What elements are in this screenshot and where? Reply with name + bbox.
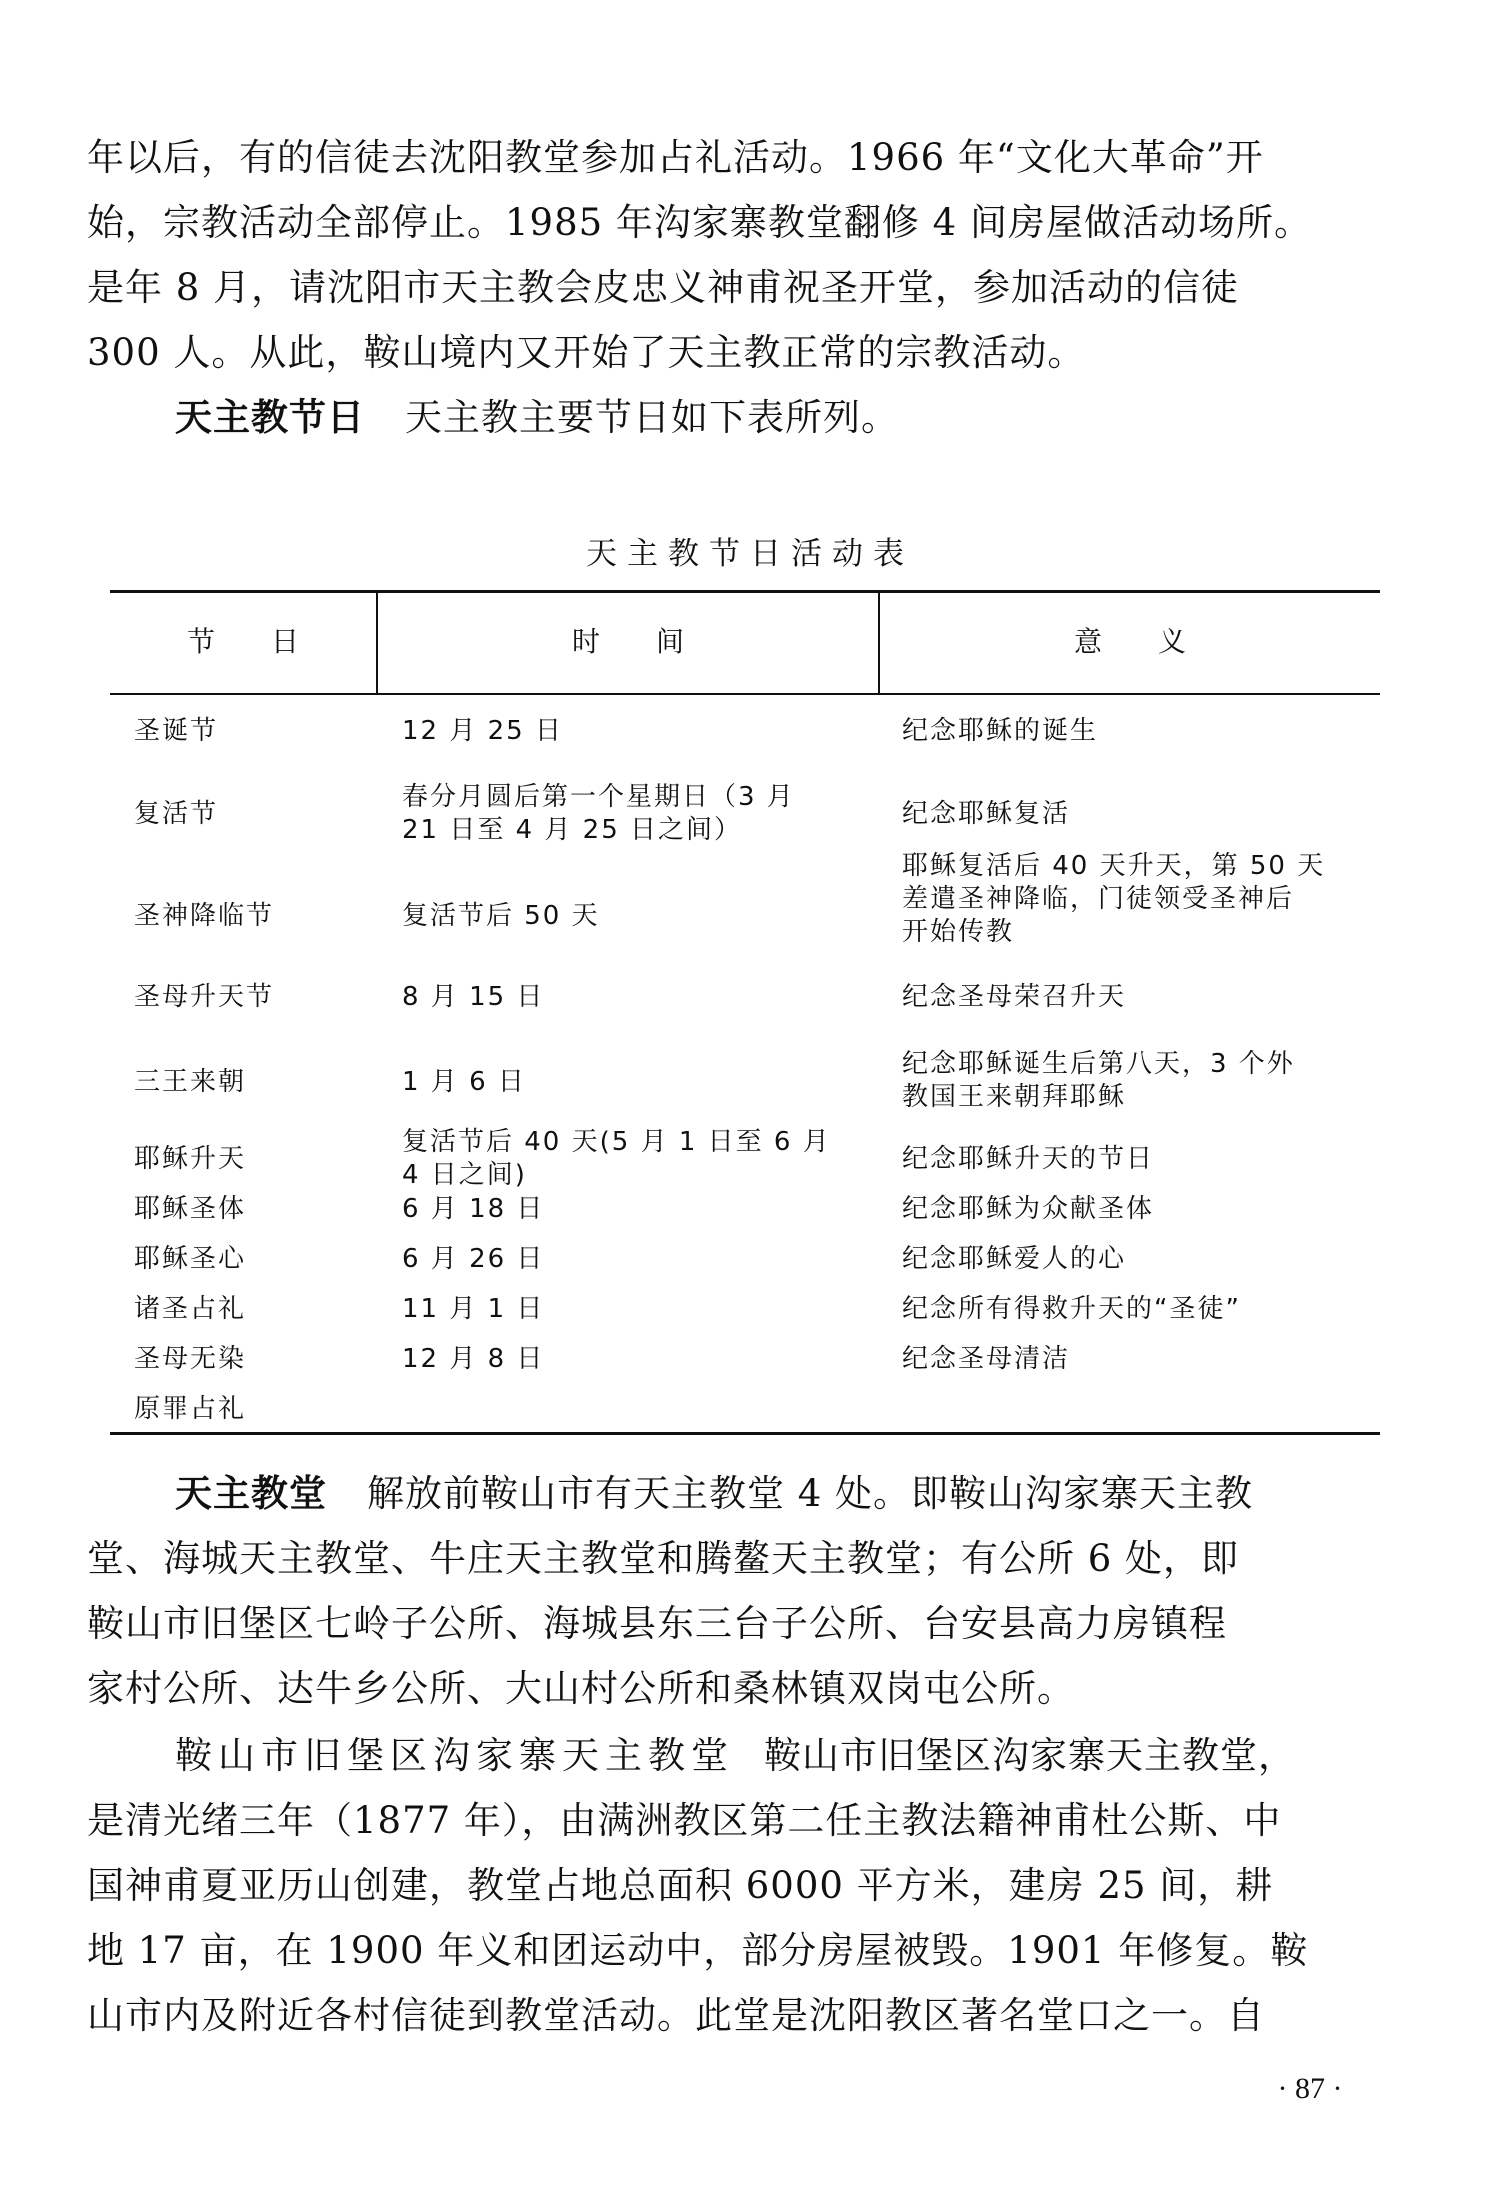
- table-cell-festival: 圣神降临节: [134, 900, 364, 933]
- table-cell-festival: 耶稣升天: [134, 1143, 364, 1176]
- table-cell-meaning: 纪念耶稣爱人的心: [902, 1243, 1372, 1276]
- text-line: 堂、海城天主教堂、牛庄天主教堂和腾鳌天主教堂；有公所 6 处，即: [87, 1526, 1402, 1591]
- text-line: 是清光绪三年（1877 年），由满洲教区第二任主教法籍神甫杜公斯、中: [87, 1788, 1402, 1853]
- table-cell-festival: 耶稣圣心: [134, 1243, 364, 1276]
- text-line: 是年 8 月，请沈阳市天主教会皮忠义神甫祝圣开堂，参加活动的信徒: [87, 255, 1402, 320]
- section-heading-festivals: 天主教节日: [175, 396, 365, 439]
- text-line: 鞍山市旧堡区七岭子公所、海城县东三台子公所、台安县高力房镇程: [87, 1591, 1402, 1656]
- text-line: 始，宗教活动全部停止。1985 年沟家寨教堂翻修 4 间房屋做活动场所。: [87, 190, 1402, 255]
- table-cell-festival: 复活节: [134, 798, 364, 831]
- paragraph-churches: 天主教堂解放前鞍山市有天主教堂 4 处。即鞍山沟家寨天主教 堂、海城天主教堂、牛…: [87, 1461, 1402, 1721]
- table-title: 天主教节日活动表: [0, 528, 1500, 573]
- text-line: 天主教主要节日如下表所列。: [405, 396, 899, 439]
- table-cell-meaning: 纪念圣母清洁: [902, 1343, 1372, 1376]
- text-line: 山市内及附近各村信徒到教堂活动。此堂是沈阳教区著名堂口之一。自: [87, 1983, 1402, 2048]
- table-cell-time: 复活节后 50 天: [402, 900, 862, 933]
- page-number: · 87 ·: [1260, 2072, 1360, 2106]
- table-cell-festival: 圣母升天节: [134, 981, 364, 1014]
- section-heading-goujiazhai: 鞍山市旧堡区沟家寨天主教堂: [175, 1734, 734, 1777]
- text-line: 300 人。从此，鞍山境内又开始了天主教正常的宗教活动。: [87, 320, 1402, 385]
- table-cell-festival: 圣诞节: [134, 715, 364, 748]
- table-cell-meaning: 耶稣复活后 40 天升天，第 50 天 差遣圣神降临，门徒领受圣神后 开始传教: [902, 850, 1372, 949]
- table-header-festival: 节 日: [110, 620, 376, 664]
- table-top-rule: [110, 590, 1380, 593]
- table-cell-time: 复活节后 40 天(5 月 1 日至 6 月 4 日之间): [402, 1126, 862, 1192]
- text-line: 鞍山市旧堡区沟家寨天主教堂，: [764, 1734, 1296, 1777]
- table-cell-festival: 耶稣圣体: [134, 1193, 364, 1226]
- table-cell-meaning: 纪念耶稣为众献圣体: [902, 1193, 1372, 1226]
- table-cell-meaning: 纪念耶稣的诞生: [902, 715, 1372, 748]
- text-line: 家村公所、达牛乡公所、大山村公所和桑林镇双岗屯公所。: [87, 1656, 1402, 1721]
- table-cell-time: 11 月 1 日: [402, 1293, 862, 1326]
- table-cell-meaning: 纪念所有得救升天的“圣徒”: [902, 1293, 1372, 1326]
- table-cell-festival: 原罪占礼: [134, 1393, 364, 1426]
- text-line: 地 17 亩，在 1900 年义和团运动中，部分房屋被毁。1901 年修复。鞍: [87, 1918, 1402, 1983]
- paragraph-history: 年以后，有的信徒去沈阳教堂参加占礼活动。1966 年“文化大革命”开 始，宗教活…: [87, 125, 1402, 385]
- text-line: 国神甫夏亚历山创建，教堂占地总面积 6000 平方米，建房 25 间，耕: [87, 1853, 1402, 1918]
- table-cell-meaning: 纪念耶稣升天的节日: [902, 1143, 1372, 1176]
- table-header-meaning: 意 义: [880, 620, 1380, 664]
- document-page: 年以后，有的信徒去沈阳教堂参加占礼活动。1966 年“文化大革命”开 始，宗教活…: [0, 0, 1500, 2205]
- table-header-rule: [110, 693, 1380, 695]
- table-cell-time: 春分月圆后第一个星期日（3 月 21 日至 4 月 25 日之间）: [402, 781, 862, 847]
- table-cell-time: 6 月 26 日: [402, 1243, 862, 1276]
- table-cell-festival: 诸圣占礼: [134, 1293, 364, 1326]
- table-cell-time: 12 月 8 日: [402, 1343, 862, 1376]
- table-bottom-rule: [110, 1432, 1380, 1435]
- table-cell-meaning: 纪念耶稣诞生后第八天，3 个外 教国王来朝拜耶稣: [902, 1048, 1372, 1114]
- table-cell-festival: 三王来朝: [134, 1066, 364, 1099]
- paragraph-festivals-intro: 天主教节日天主教主要节日如下表所列。: [175, 385, 1400, 450]
- table-cell-time: 6 月 18 日: [402, 1193, 862, 1226]
- table-cell-festival: 圣母无染: [134, 1343, 364, 1376]
- table-cell-meaning: 纪念圣母荣召升天: [902, 981, 1372, 1014]
- table-cell-meaning: 纪念耶稣复活: [902, 798, 1372, 831]
- table-cell-time: 8 月 15 日: [402, 981, 862, 1014]
- text-line: 解放前鞍山市有天主教堂 4 处。即鞍山沟家寨天主教: [367, 1472, 1253, 1515]
- paragraph-goujiazhai-church: 鞍山市旧堡区沟家寨天主教堂鞍山市旧堡区沟家寨天主教堂， 是清光绪三年（1877 …: [87, 1723, 1402, 2048]
- table-cell-time: 1 月 6 日: [402, 1066, 862, 1099]
- section-heading-churches: 天主教堂: [175, 1472, 327, 1515]
- text-line: 年以后，有的信徒去沈阳教堂参加占礼活动。1966 年“文化大革命”开: [87, 125, 1402, 190]
- table-cell-time: 12 月 25 日: [402, 715, 862, 748]
- table-header-time: 时 间: [378, 620, 878, 664]
